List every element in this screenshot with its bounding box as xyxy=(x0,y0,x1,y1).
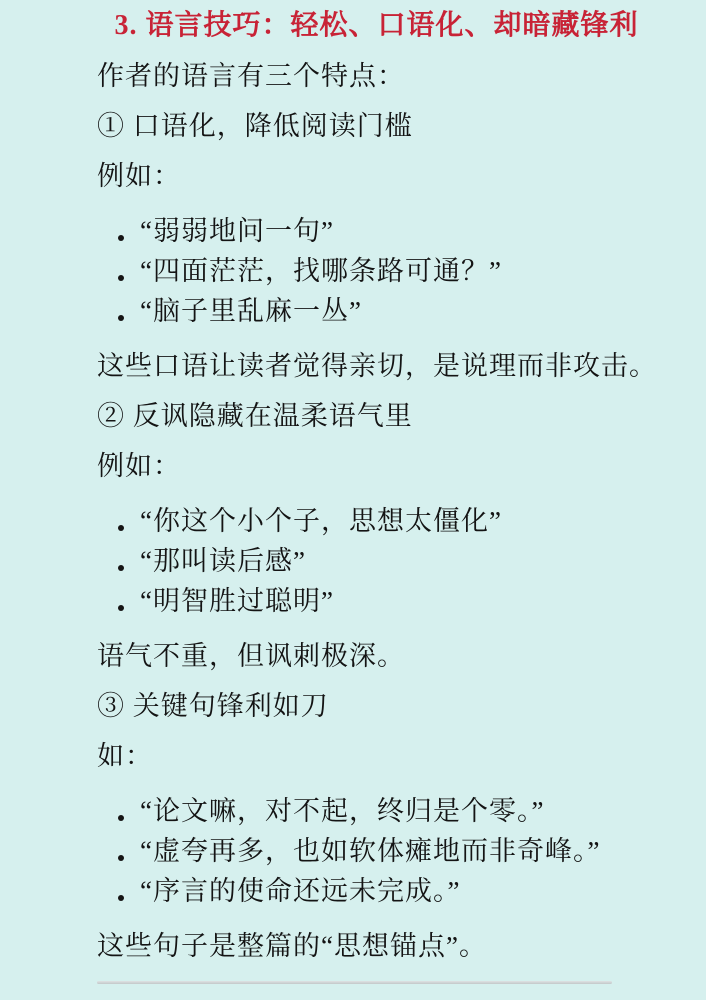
bullet-dot-icon xyxy=(118,275,124,281)
section-1-heading: ① 口语化，降低阅读门槛 xyxy=(97,111,656,141)
bullet-dot-icon xyxy=(118,565,124,571)
section-2: ② 反讽隐藏在温柔语气里 例如： “你这个小个子，思想太僵化” “那叫读后感” … xyxy=(97,401,656,671)
bullet-dot-icon xyxy=(118,315,124,321)
list-item: “虚夸再多，也如软体瘫地而非奇峰。” xyxy=(118,831,656,871)
list-item: “脑子里乱麻一丛” xyxy=(118,291,656,331)
bullet-dot-icon xyxy=(118,235,124,241)
section-2-lead: 例如： xyxy=(97,451,656,481)
bottom-divider xyxy=(97,981,612,984)
section-3-lead: 如： xyxy=(97,741,656,771)
list-item: “弱弱地问一句” xyxy=(118,211,656,251)
page-title: 3. 语言技巧：轻松、口语化、却暗藏锋利 xyxy=(97,10,656,41)
bullet-dot-icon xyxy=(118,855,124,861)
section-3-list: “论文嘛，对不起，终归是个零。” “虚夸再多，也如软体瘫地而非奇峰。” “序言的… xyxy=(97,791,656,911)
bullet-text: “虚夸再多，也如软体瘫地而非奇峰。” xyxy=(140,831,600,871)
bullet-text: “那叫读后感” xyxy=(140,541,306,581)
bullet-text: “论文嘛，对不起，终归是个零。” xyxy=(140,791,544,831)
section-3-heading: ③ 关键句锋利如刀 xyxy=(97,691,656,721)
bullet-dot-icon xyxy=(118,815,124,821)
intro-paragraph: 作者的语言有三个特点： xyxy=(97,61,656,91)
bullet-text: “明智胜过聪明” xyxy=(140,581,334,621)
section-2-conclusion: 语气不重，但讽刺极深。 xyxy=(97,641,656,671)
section-3: ③ 关键句锋利如刀 如： “论文嘛，对不起，终归是个零。” “虚夸再多，也如软体… xyxy=(97,691,656,961)
bullet-dot-icon xyxy=(118,525,124,531)
list-item: “明智胜过聪明” xyxy=(118,581,656,621)
bullet-text: “序言的使命还远未完成。” xyxy=(140,871,460,911)
document-page: 3. 语言技巧：轻松、口语化、却暗藏锋利 作者的语言有三个特点： ① 口语化，降… xyxy=(0,0,706,1000)
list-item: “四面茫茫，找哪条路可通？” xyxy=(118,251,656,291)
bullet-text: “四面茫茫，找哪条路可通？” xyxy=(140,251,502,291)
section-2-heading: ② 反讽隐藏在温柔语气里 xyxy=(97,401,656,431)
bullet-text: “脑子里乱麻一丛” xyxy=(140,291,362,331)
section-1-lead: 例如： xyxy=(97,161,656,191)
bullet-dot-icon xyxy=(118,605,124,611)
section-3-conclusion: 这些句子是整篇的“思想锚点”。 xyxy=(97,931,656,961)
list-item: “序言的使命还远未完成。” xyxy=(118,871,656,911)
section-2-list: “你这个小个子，思想太僵化” “那叫读后感” “明智胜过聪明” xyxy=(97,501,656,621)
list-item: “你这个小个子，思想太僵化” xyxy=(118,501,656,541)
bullet-text: “弱弱地问一句” xyxy=(140,211,334,251)
section-1-list: “弱弱地问一句” “四面茫茫，找哪条路可通？” “脑子里乱麻一丛” xyxy=(97,211,656,331)
section-1: ① 口语化，降低阅读门槛 例如： “弱弱地问一句” “四面茫茫，找哪条路可通？”… xyxy=(97,111,656,381)
bullet-text: “你这个小个子，思想太僵化” xyxy=(140,501,502,541)
bullet-dot-icon xyxy=(118,895,124,901)
section-1-conclusion: 这些口语让读者觉得亲切，是说理而非攻击。 xyxy=(97,351,656,381)
list-item: “那叫读后感” xyxy=(118,541,656,581)
list-item: “论文嘛，对不起，终归是个零。” xyxy=(118,791,656,831)
